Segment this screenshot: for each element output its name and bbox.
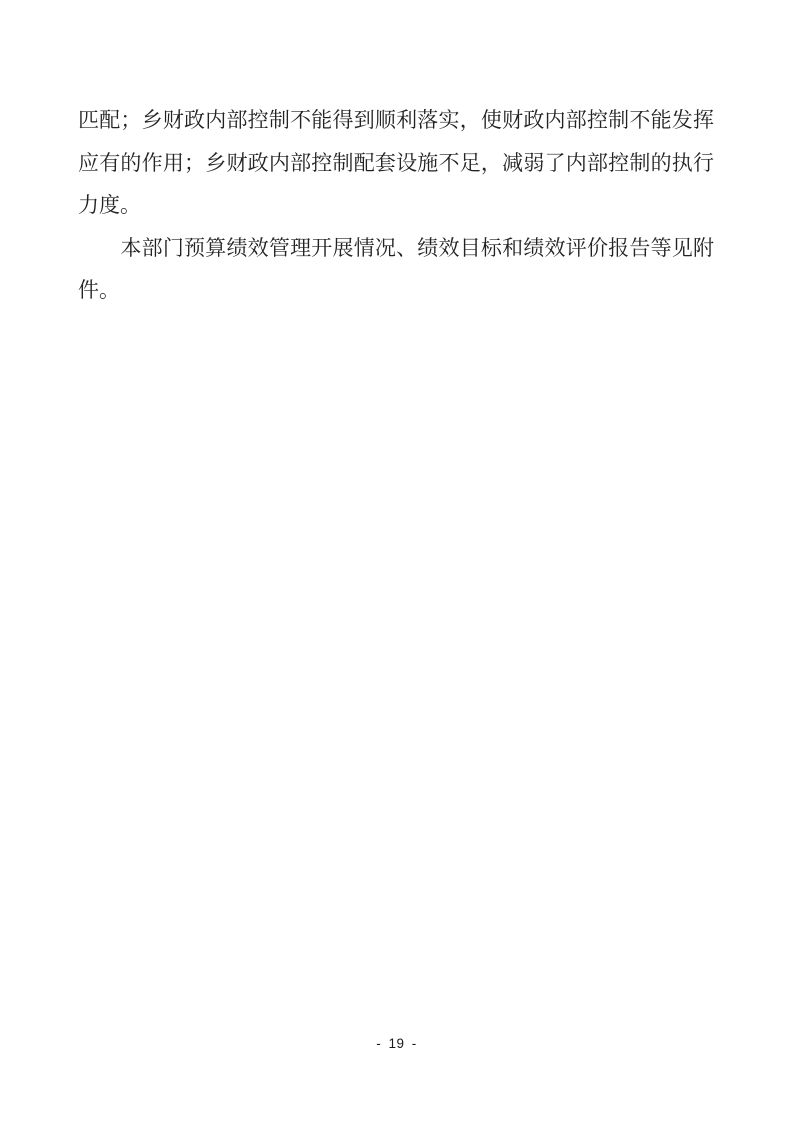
- paragraph-attachment-note: 本部门预算绩效管理开展情况、绩效目标和绩效评价报告等见附件。: [78, 227, 714, 312]
- paragraph-continuation: 匹配；乡财政内部控制不能得到顺利落实，使财政内部控制不能发挥应有的作用；乡财政内…: [78, 99, 714, 227]
- text-line: 本部门预算绩效管理开展情况、绩效目标和绩效评价报告等见附: [78, 227, 714, 270]
- text-line: 应有的作用；乡财政内部控制配套设施不足，减弱了内部控制的执行: [78, 142, 714, 185]
- text-line: 件。: [78, 269, 714, 312]
- document-page: 匹配；乡财政内部控制不能得到顺利落实，使财政内部控制不能发挥应有的作用；乡财政内…: [0, 0, 793, 1122]
- document-body: 匹配；乡财政内部控制不能得到顺利落实，使财政内部控制不能发挥应有的作用；乡财政内…: [78, 99, 714, 312]
- text-line: 力度。: [78, 184, 714, 227]
- page-number: - 19 -: [0, 1034, 793, 1054]
- text-line: 匹配；乡财政内部控制不能得到顺利落实，使财政内部控制不能发挥: [78, 99, 714, 142]
